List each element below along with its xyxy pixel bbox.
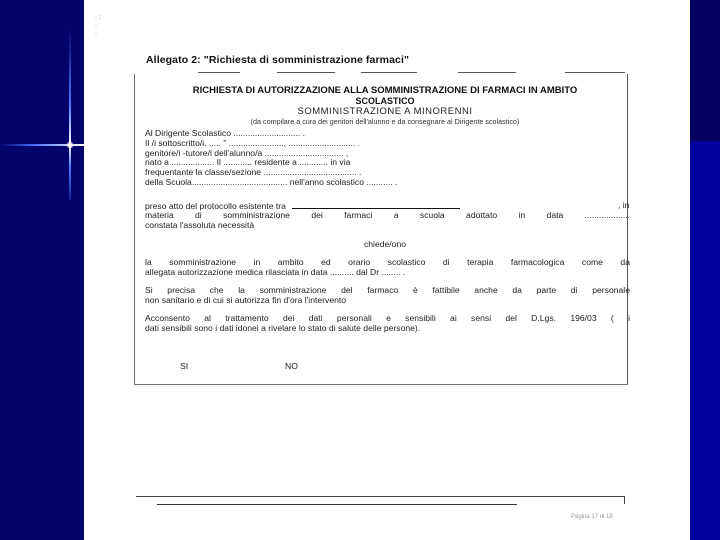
scan-dash xyxy=(198,72,240,73)
recipient-line: Al Dirigente Scolastico ................… xyxy=(145,128,305,138)
recipient-line: nato a .................. Il ...........… xyxy=(145,157,350,167)
clarification-line-2: non sanitario e di cui si autorizza fin … xyxy=(145,295,346,305)
sparkle-star-core xyxy=(66,141,74,149)
scan-dash xyxy=(361,72,417,73)
protocol-line-1-end: , in xyxy=(618,200,629,210)
protocol-line-2: materia di somministrazione dei farmaci … xyxy=(145,210,630,220)
scan-dash xyxy=(458,72,516,73)
form-header-title: RICHIESTA DI AUTORIZZAZIONE ALLA SOMMINI… xyxy=(140,85,630,96)
administration-line-2: allegata autorizzazione medica rilasciat… xyxy=(145,267,405,277)
clarification-line-1: Si precisa che la somministrazione del f… xyxy=(145,285,630,295)
form-header-instructions: (da compilare a cura dei genitori dell'a… xyxy=(140,117,630,126)
consent-option-yes[interactable]: SI xyxy=(180,361,188,371)
consent-option-no[interactable]: NO xyxy=(285,361,298,371)
signature-line-tick xyxy=(624,496,625,504)
signature-line-secondary xyxy=(157,504,517,505)
request-verb: chiede/ono xyxy=(140,239,630,249)
scan-dash xyxy=(277,72,335,73)
slide-left-background xyxy=(0,0,84,540)
recipient-line: frequentante la classe/sezione .........… xyxy=(145,167,361,177)
signature-line xyxy=(136,496,625,497)
consent-line-2: dati sensibili sono i dati idonei a rive… xyxy=(145,323,420,333)
slide-right-background-top xyxy=(690,0,720,141)
recipient-line: della Scuola............................… xyxy=(145,177,397,187)
recipient-line: Il /i sottoscritto/i. ..... " ..........… xyxy=(145,138,360,148)
scan-specks: · :·· xyxy=(95,14,100,38)
protocol-line-3: constata l'assoluta necessità xyxy=(145,220,254,230)
document-title: Allegato 2: "Richiesta di somministrazio… xyxy=(146,54,409,66)
scan-dash xyxy=(565,72,625,73)
page-footer: Pagina 17 di 18 xyxy=(571,514,613,520)
form-header-title-cont: SCOLASTICO xyxy=(140,96,630,106)
protocol-blank-field xyxy=(292,200,460,209)
form-header-subtitle: SOMMINISTRAZIONE A MINORENNI xyxy=(140,106,630,117)
consent-line-1: Acconsento al trattamento dei dati perso… xyxy=(145,313,630,323)
sparkle-star-icon xyxy=(69,30,71,200)
administration-line-1: la somministrazione in ambito ed orario … xyxy=(145,257,630,267)
